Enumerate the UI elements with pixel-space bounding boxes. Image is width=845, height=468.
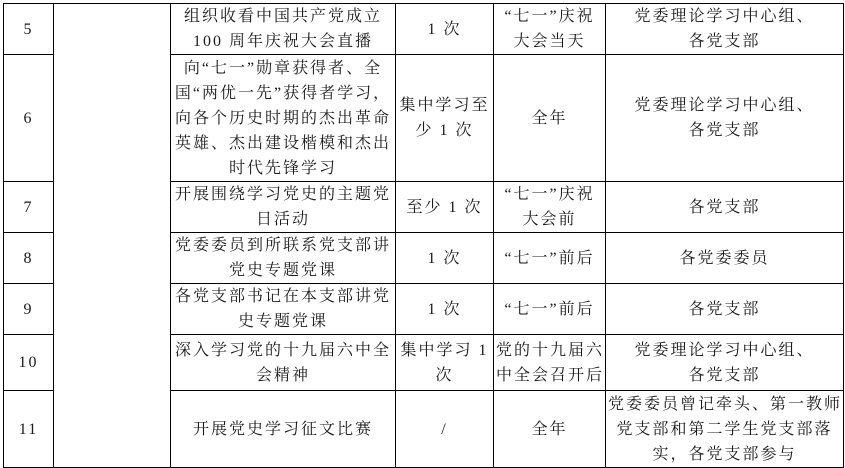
- schedule-cell: “七一”前后: [494, 233, 606, 284]
- document-table-container: 5 组织收看中国共产党成立 100 周年庆祝大会直播 1 次 “七一”庆祝 大会…: [3, 3, 843, 462]
- activity-cell: 党委委员到所联系党支部讲 党史专题党课: [171, 233, 396, 284]
- row-number-cell: 7: [4, 182, 54, 233]
- frequency-cell: 集中学习 1 次: [396, 335, 494, 391]
- table-row: 5 组织收看中国共产党成立 100 周年庆祝大会直播 1 次 “七一”庆祝 大会…: [4, 4, 844, 55]
- frequency-cell: 集中学习至 少 1 次: [396, 55, 494, 182]
- row-number-cell: 8: [4, 233, 54, 284]
- activity-cell: 深入学习党的十九届六中全 会精神: [171, 335, 396, 391]
- frequency-cell: 至少 1 次: [396, 182, 494, 233]
- activities-table: 5 组织收看中国共产党成立 100 周年庆祝大会直播 1 次 “七一”庆祝 大会…: [3, 3, 844, 462]
- frequency-cell: /: [396, 391, 494, 463]
- schedule-cell: 全年: [494, 391, 606, 463]
- row-number-cell: 11: [4, 391, 54, 463]
- responsible-cell: 各党委委员: [606, 233, 844, 284]
- responsible-cell: 各党支部: [606, 182, 844, 233]
- merged-group-cell: [54, 4, 171, 463]
- row-number-cell: 6: [4, 55, 54, 182]
- responsible-cell: 党委理论学习中心组、 各党支部: [606, 55, 844, 182]
- activity-cell: 开展围绕学习党史的主题党 日活动: [171, 182, 396, 233]
- frequency-cell: 1 次: [396, 233, 494, 284]
- row-number-cell: 9: [4, 284, 54, 335]
- schedule-cell: 党的十九届六 中全会召开后: [494, 335, 606, 391]
- frequency-cell: 1 次: [396, 4, 494, 55]
- frequency-cell: 1 次: [396, 284, 494, 335]
- activity-cell: 各党支部书记在本支部讲党 史专题党课: [171, 284, 396, 335]
- row-number-cell: 5: [4, 4, 54, 55]
- activity-cell: 组织收看中国共产党成立 100 周年庆祝大会直播: [171, 4, 396, 55]
- schedule-cell: “七一”庆祝 大会前: [494, 182, 606, 233]
- activity-cell: 向“七一”勋章获得者、全 国“两优一先”获得者学习， 向各个历史时期的杰出革命 …: [171, 55, 396, 182]
- schedule-cell: 全年: [494, 55, 606, 182]
- page: { "colors": { "background": "#ffffff", "…: [0, 0, 845, 462]
- schedule-cell: “七一”庆祝 大会当天: [494, 4, 606, 55]
- responsible-cell: 党委委员曾记牵头、第一教师 党支部和第二学生党支部落 实，各党支部参与: [606, 391, 844, 463]
- row-number-cell: 10: [4, 335, 54, 391]
- activity-cell: 开展党史学习征文比赛: [171, 391, 396, 463]
- responsible-cell: 党委理论学习中心组、 各党支部: [606, 335, 844, 391]
- responsible-cell: 各党支部: [606, 284, 844, 335]
- responsible-cell: 党委理论学习中心组、 各党支部: [606, 4, 844, 55]
- schedule-cell: “七一”前后: [494, 284, 606, 335]
